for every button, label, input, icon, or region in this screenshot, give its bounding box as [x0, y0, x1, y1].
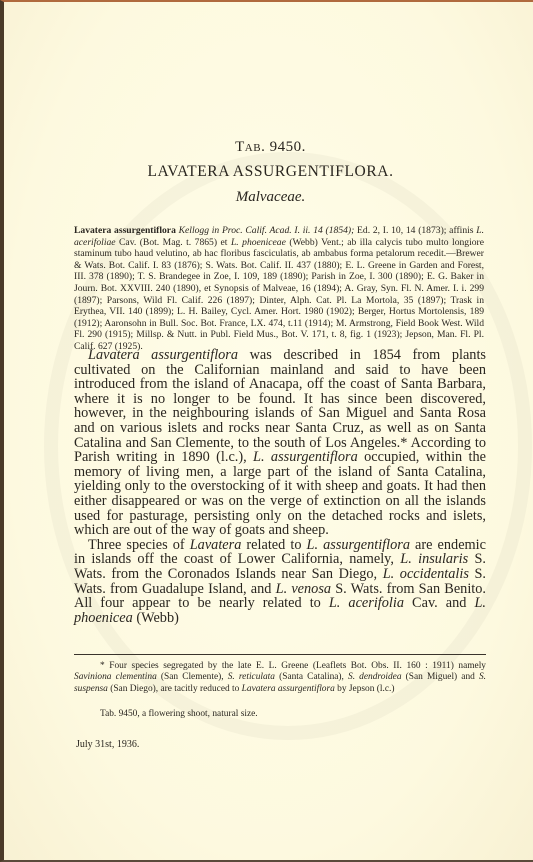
citation-text: Cav. (Bot. Mag. t. 7865) et	[116, 237, 231, 248]
species-name: Lavatera assurgentiflora	[74, 225, 176, 236]
species-italic: L. venosa	[276, 581, 331, 597]
plate-number: Tab. 9450.	[4, 139, 533, 156]
paragraph-text: related to	[241, 537, 306, 553]
footnote-text: * Four species segregated by the late E.…	[74, 661, 486, 695]
citation-text: (Webb) Vent.; ab illa calycis tubo multo…	[74, 237, 484, 352]
footnote-italic: Saviniona clementina	[74, 672, 157, 682]
citation-text: Ed. 2, I. 10, 14 (1873); affinis	[354, 225, 476, 236]
paragraph-text: (Webb)	[133, 610, 179, 626]
species-italic: L. occidentalis	[383, 566, 469, 582]
page-title: LAVATERA ASSURGENTIFLORA.	[4, 163, 533, 181]
authority: Kellogg in Proc. Calif. Acad. I. ii. 14 …	[179, 225, 355, 236]
footnote-italic: S. dendroidea	[348, 672, 402, 682]
document-page: Tab. 9450. LAVATERA ASSURGENTIFLORA. Mal…	[0, 0, 533, 862]
publication-date: July 31st, 1936.	[76, 739, 139, 750]
species-italic: L. insularis	[400, 551, 468, 567]
citation-italic: L. phoeniceae	[231, 237, 286, 248]
footnote-span: (San Clemente),	[157, 672, 228, 682]
species-italic: L. acerifolia	[329, 595, 404, 611]
footnote-span: (Santa Catalina),	[275, 672, 348, 682]
paragraph-text: Cav. and	[404, 595, 474, 611]
species-italic: L. assurgentiflora	[253, 449, 358, 465]
taxonomic-citation: Lavatera assurgentiflora Kellogg in Proc…	[74, 225, 484, 353]
footnote-span: by Jepson (l.c.)	[335, 684, 395, 694]
paragraph-2: Three species of Lavatera related to L. …	[74, 538, 486, 626]
footnote-span: * Four species segregated by the late E.…	[100, 661, 486, 671]
species-italic: L. assurgentiflora	[307, 537, 410, 553]
species-italic: Lavatera assurgentiflora	[88, 347, 238, 363]
footnote-span: (San Miguel) and	[402, 672, 479, 682]
footnote-italic: Lavatera assurgentiflora	[242, 684, 335, 694]
footnote-divider	[74, 654, 486, 655]
footnote-span: (San Diego), are tacitly reduced to	[108, 684, 242, 694]
body-text: Lavatera assurgentiflora was described i…	[74, 348, 486, 625]
family-name: Malvaceae.	[4, 189, 533, 206]
paragraph-text: was described in 1854 from plants cultiv…	[74, 347, 486, 465]
plate-caption: Tab. 9450, a flowering shoot, natural si…	[100, 709, 258, 719]
footnote: * Four species segregated by the late E.…	[74, 661, 486, 695]
species-italic: Lavatera	[190, 537, 242, 553]
paragraph-1: Lavatera assurgentiflora was described i…	[74, 348, 486, 538]
paragraph-text: Three species of	[88, 537, 190, 553]
footnote-italic: S. reticulata	[228, 672, 275, 682]
